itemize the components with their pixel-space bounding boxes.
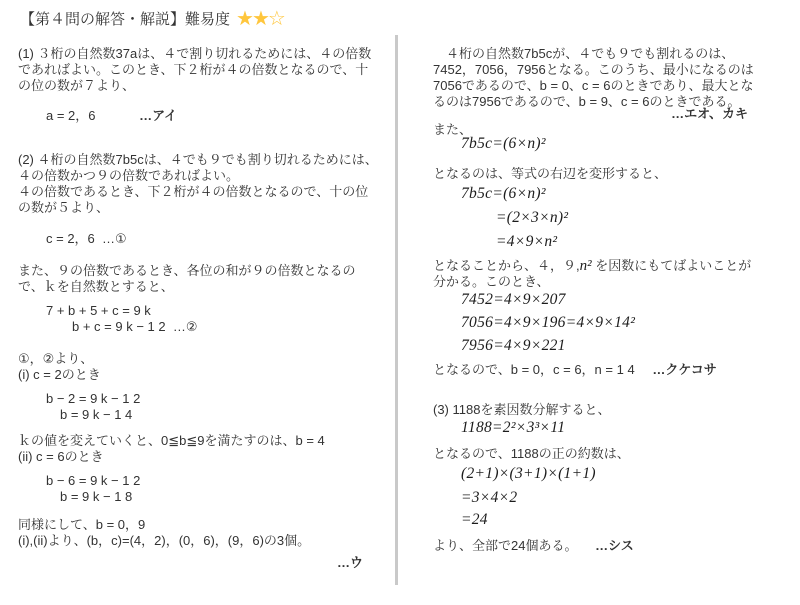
right-paragraph-6: (3) 1188を素因数分解すると、 [433,402,755,418]
case-ii-heading: (ii) c = 6のとき [18,449,104,465]
formula-7056: 7056=4×9×196=4×9×14² [461,315,635,331]
answer-line-shisu: より、全部で24個ある。 …シス [433,538,755,554]
answer-line-a: a = 2，6 …アイ [46,108,177,124]
answer-u-label: …ウ [18,555,363,571]
right-paragraph-4-pre: となることから、４，９, [433,258,580,273]
right-paragraph-7: となるので、1188の正の約数は、 [433,446,755,462]
answer-kukekosa-text: となるので、b = 0，c = 6，n = 1 4 [433,362,635,377]
page-title: 【第４問の解答・解説】難易度 ★★☆ [20,8,284,29]
answer-kukekosa-label: …クケコサ [652,362,716,378]
equation-case-ii-1: b − 6 = 9 k − 1 2 [46,473,140,489]
answer-shisu-text: より、全部で24個ある。 [433,538,577,553]
answer-a-label: …アイ [139,108,177,124]
formula-expand-1: 7b5c=(6×n)² [461,186,546,202]
column-divider [395,35,398,585]
left-paragraph-1: (1) ３桁の自然数37aは、４で割り切れるためには、４の倍数であればよい。この… [18,46,380,94]
inline-n-squared: n² [580,258,592,274]
formula-divisor-count-1: (2+1)×(3+1)×(1+1) [461,466,596,482]
answer-shisu-label: …シス [595,538,634,554]
formula-expand-3: =4×9×n² [496,234,557,250]
formula-7452: 7452=4×9×207 [461,292,566,308]
formula-7b5c-square: 7b5c=(6×n)² [461,136,546,152]
answer-line-kukekosa: となるので、b = 0，c = 6，n = 1 4 …クケコサ [433,362,755,378]
equation-case-ii-2: b = 9 k − 1 8 [60,489,132,505]
formula-7956: 7956=4×9×221 [461,338,566,354]
formula-divisor-count-3: =24 [461,512,488,528]
right-paragraph-4: となることから、４，９,n² を因数にもてばよいことが分かる。このとき、 [433,258,755,290]
left-paragraph-2b: ４の倍数であるとき、下２桁が４の倍数となるので、十の位の数が５より、 [18,184,380,216]
case-i-heading: (i) c = 2のとき [18,367,101,383]
solution-document: 【第４問の解答・解説】難易度 ★★☆ (1) ３桁の自然数37aは、４で割り切れ… [0,0,800,605]
left-paragraph-2a: (2) ４桁の自然数7b5cは、４でも９でも割り切れるためには、４の倍数かつ９の… [18,152,380,184]
right-paragraph-3: となるのは、等式の右辺を変形すると、 [433,166,755,182]
left-paragraph-8: 同様にして、b = 0，9 [18,517,145,533]
answer-a-value: a = 2，6 [46,108,96,123]
equation-c-values: c = 2，6 …① [46,231,127,247]
equation-case-i-1: b − 2 = 9 k − 1 2 [46,391,140,407]
right-paragraph-1: ４桁の自然数7b5cが、４でも９でも割れるのは、7452，7056，7956とな… [433,46,755,110]
equation-digit-sum-2: b + c = 9 k − 1 2 …② [72,319,197,335]
formula-prime-factorization: 1188=2²×3³×11 [461,420,565,436]
left-paragraph-4: ①，②より、 [18,351,93,367]
left-paragraph-3: また、９の倍数であるとき、各位の和が９の倍数となるので、ｋを自然数とすると、 [18,263,380,295]
equation-digit-sum-1: 7 + b + 5 + c = 9 k [46,303,151,319]
title-text: 【第４問の解答・解説】難易度 [20,8,230,29]
answer-eokaki-label: …エオ、カキ [433,106,748,122]
left-paragraph-6: ｋの値を変えていくと、0≦b≦9を満たすのは、b = 4 [18,433,388,449]
formula-divisor-count-2: =3×4×2 [461,490,517,506]
left-paragraph-9: (i),(ii)より、(b，c)=(4，2)，(0，6)，(9，6)の3個。 [18,533,388,549]
difficulty-stars-icon: ★★☆ [236,9,284,29]
equation-case-i-2: b = 9 k − 1 4 [60,407,132,423]
formula-expand-2: =(2×3×n)² [496,210,568,226]
